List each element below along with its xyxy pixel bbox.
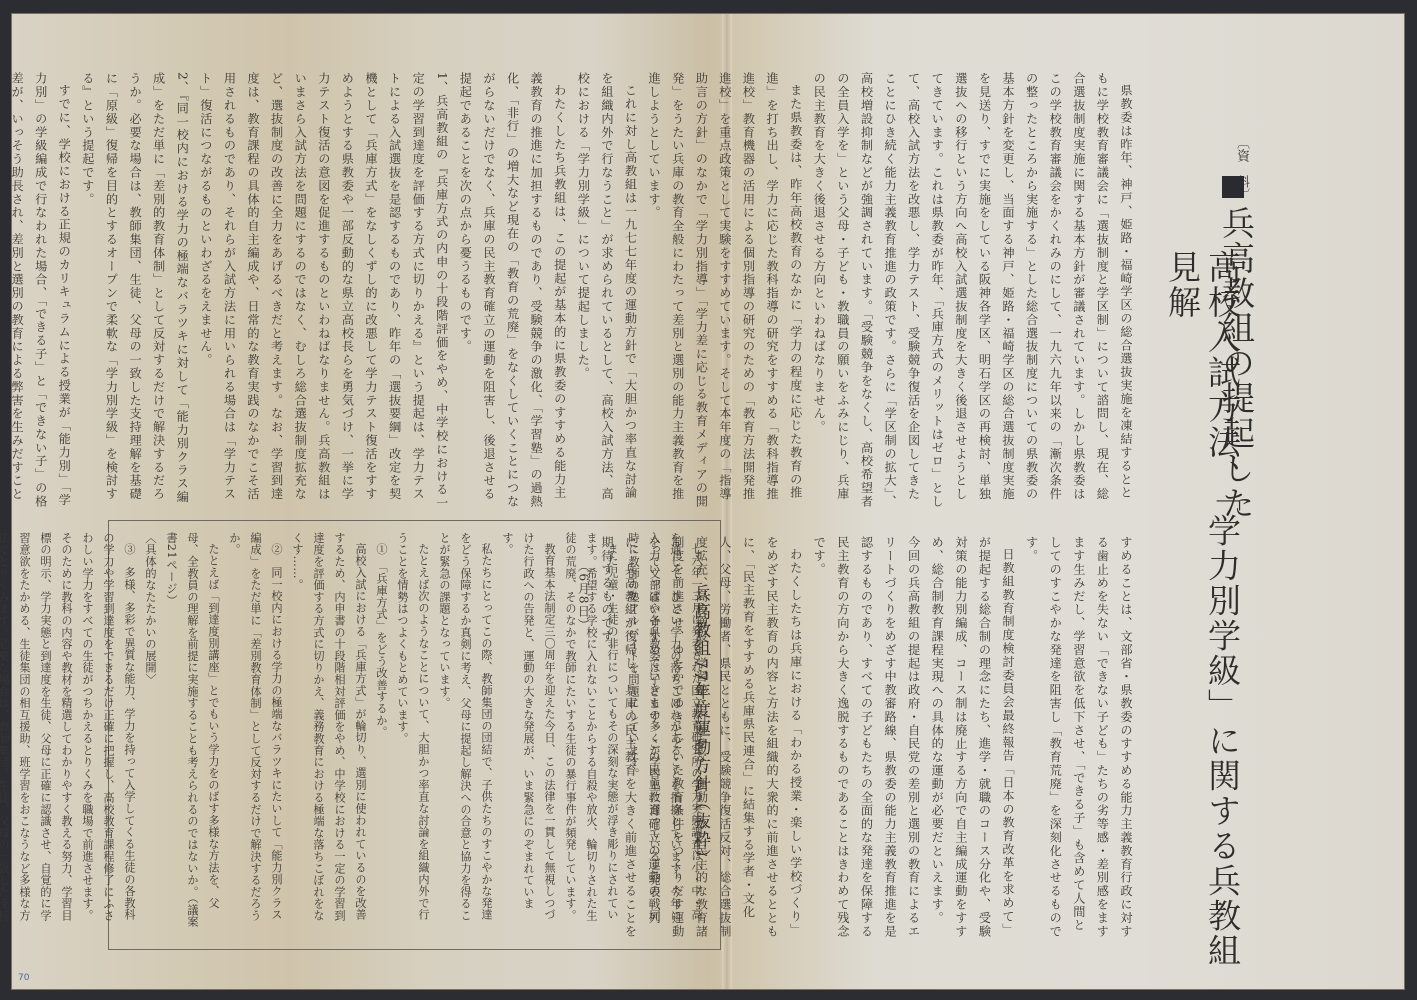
- paragraph: 私たちにとってこの際、教師集団の団結で、子供たちのすこやかな発達をどう保障するか…: [434, 532, 497, 932]
- paragraph: ③ 多様、多彩で異質な能力、学力を持って入学してくる生徒の各教科の学力や学習到達…: [0, 532, 140, 932]
- subheading: 〈具体的なたたかいの展開〉: [140, 532, 161, 932]
- paragraph: 県教委は昨年、神戸、姫路・福崎学区の総合選抜実施を凍結するとともに学校教育審議会…: [807, 72, 1137, 512]
- paragraph: また児童・生徒の非行についてもその深刻な実態が浮き彫りにされています。希望する学…: [560, 532, 623, 932]
- paragraph: 日教組教育制度検討委員会最終報告「日本の教育改革を求めて」が提起する総合制の理念…: [925, 536, 1019, 942]
- paragraph: たとえば次のようなことについて、大胆かつ率直な討論を組織内外で行うことを情勢はつ…: [392, 532, 434, 932]
- paragraph: すめることは、文部省・県教委のすすめる能力主義教育行政に対する歯止めを失ない「で…: [1019, 536, 1137, 942]
- paragraph: これに対し高教組は一九七七年度の運動方針で「大胆かつ率直な討論を組織内外で行なう…: [571, 72, 642, 512]
- paragraph: ① 「兵庫方式」をどう改善するか。: [371, 532, 392, 932]
- paragraph: また県教委は、昨年高校教育のなかに「学力の程度に応じた教育の推進」を打ち出し、学…: [642, 72, 807, 512]
- title-line-2: 高校入試方法、「学力別学級」に関する兵教組見解: [1162, 250, 1242, 1000]
- paragraph: ② 同一校内における学力の極端なバラツキにたいして「能力別クラス編成」をただ単に…: [224, 532, 287, 932]
- paragraph: 教育基本法制定三〇周年を迎えた今日、この法律を一貫して無視しつづけた行政への告発…: [497, 532, 560, 932]
- top-body: 県教委は昨年、神戸、姫路・福崎学区の総合選抜実施を凍結するとともに学校教育審議会…: [0, 72, 1137, 512]
- paragraph: わたくしたち兵教組は、この提起が基本的に県教委のすすめる能力主義教育の推進に加担…: [453, 72, 571, 512]
- paragraph: 2、『同一校内における学力の極端なバラツキに対して「能力別クラス編成」をただ単に…: [75, 72, 193, 512]
- page-mark: 70: [18, 973, 29, 983]
- paragraph: すでに、学校における正規のカリキュラムによる授業が「能力別」「学力別」の学級編成…: [0, 72, 75, 512]
- paragraph: 高校入試における「兵庫方式」が輪切り、選別に使われているのを改善するため、内申書…: [287, 532, 371, 932]
- paragraph: 1、兵高教組の『兵庫方式の内申の十段階評価をやめ、中学校における一定の学習到達度…: [193, 72, 453, 512]
- excerpt-body: 七六年一二月に発表された国立教育研究所の学力実態調査は小・中・高を通して、ひどい…: [0, 532, 707, 932]
- paragraph: たとえば「到達度別講座」とでもいう学力をのばす多様な方法を、父母、全教員の理解を…: [161, 532, 224, 932]
- paragraph: 今回の兵高教組の提起は政府・自民党の差別と選別の教育によるエリートづくりをめざす…: [807, 536, 925, 942]
- title-square-icon: [1222, 176, 1244, 198]
- paragraph: 七六年一二月に発表された国立教育研究所の学力実態調査は小・中・高を通して、ひどい…: [623, 532, 707, 932]
